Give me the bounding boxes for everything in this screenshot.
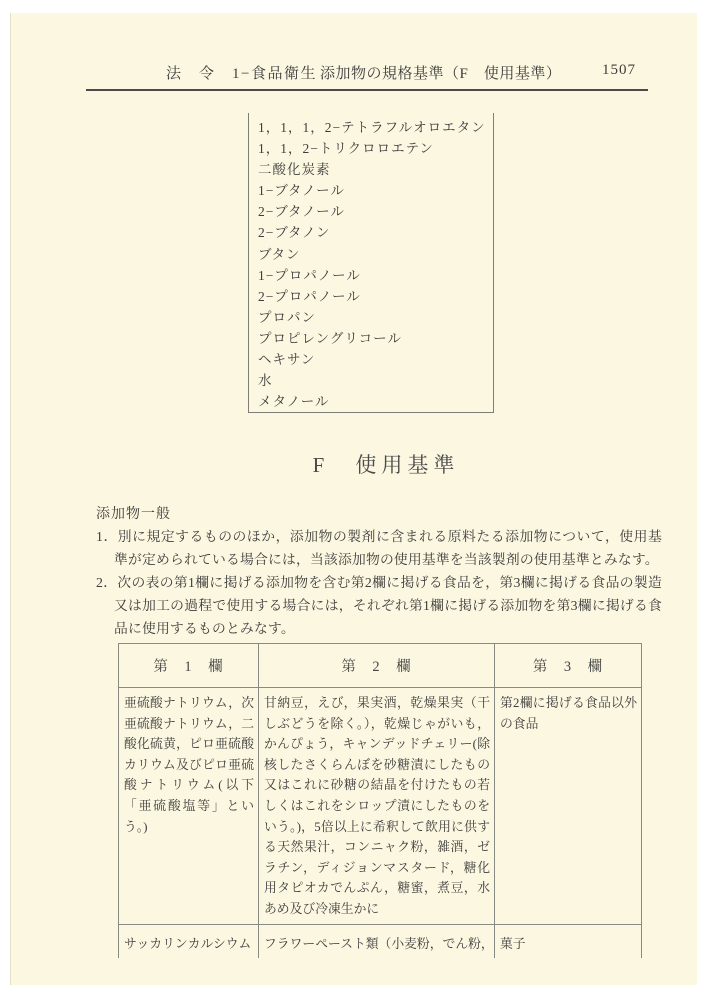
- cell-target: 菓子: [495, 924, 642, 958]
- solvent-item: 2−ブタノール: [258, 201, 493, 222]
- solvent-item: ヘキサン: [258, 349, 493, 370]
- table-header-row: 第 1 欄 第 2 欄 第 3 欄: [119, 644, 642, 688]
- cell-food: 甘納豆，えび，果実酒，乾燥果実（干しぶどうを除く。），乾燥じゃがいも，かんぴょう…: [259, 688, 495, 925]
- solvent-item: 1，1，2−トリクロロエテン: [258, 138, 493, 159]
- solvent-item: 2−プロパノール: [258, 286, 493, 307]
- solvent-item: 1，1，1，2−テトラフルオロエタン: [258, 117, 493, 138]
- scanned-document: { "colors": { "page_background": "#fbf7e…: [0, 0, 705, 1000]
- general-paragraph-1: 1．別に規定するもののほか，添加物の製剤に含まれる原料たる添加物について，使用基…: [96, 525, 662, 571]
- usage-standards-table-wrap: 第 1 欄 第 2 欄 第 3 欄 亜硫酸ナトリウム，次亜硫酸ナトリウム，二酸化…: [118, 643, 645, 965]
- solvent-list-box: 1，1，1，2−テトラフルオロエタン 1，1，2−トリクロロエテン 二酸化炭素 …: [248, 113, 494, 413]
- solvent-item: メタノール: [258, 391, 493, 412]
- table-row-truncated: サッカリンカルシウム フラワーペースト類（小麦粉，でん粉， 菓子: [119, 924, 642, 958]
- page-number: 1507: [602, 62, 636, 79]
- subsection-label: 添加物一般: [96, 503, 171, 523]
- column-header-additive: 第 1 欄: [119, 644, 259, 688]
- usage-standards-table: 第 1 欄 第 2 欄 第 3 欄 亜硫酸ナトリウム，次亜硫酸ナトリウム，二酸化…: [118, 643, 642, 958]
- cell-additive: 亜硫酸ナトリウム，次亜硫酸ナトリウム，二酸化硫黄，ピロ亜硫酸カリウム及びピロ亜硫…: [119, 688, 259, 925]
- header-rule: [86, 89, 648, 91]
- document-page: 法 令 1−食品衛生 添加物の規格基準（F 使用基準） 1507 1，1，1，2…: [10, 13, 697, 985]
- cell-food: フラワーペースト類（小麦粉，でん粉，: [259, 924, 495, 958]
- solvent-item: ブタン: [258, 244, 493, 265]
- solvent-item: 1−プロパノール: [258, 265, 493, 286]
- header-chapter-title: 添加物の規格基準（F 使用基準）: [320, 62, 561, 83]
- cell-additive: サッカリンカルシウム: [119, 924, 259, 958]
- solvent-item: プロパン: [258, 307, 493, 328]
- table-row: 亜硫酸ナトリウム，次亜硫酸ナトリウム，二酸化硫黄，ピロ亜硫酸カリウム及びピロ亜硫…: [119, 688, 642, 925]
- solvent-item: 二酸化炭素: [258, 159, 493, 180]
- general-paragraph-2: 2．次の表の第1欄に掲げる添加物を含む第2欄に掲げる食品を，第3欄に掲げる食品の…: [96, 571, 662, 640]
- section-heading: F 使用基準: [106, 449, 666, 479]
- cell-target: 第2欄に掲げる食品以外の食品: [495, 688, 642, 925]
- column-header-food: 第 2 欄: [259, 644, 495, 688]
- header-section-label: 法 令 1−食品衛生: [166, 62, 317, 83]
- solvent-item: 水: [258, 370, 493, 391]
- solvent-item: プロピレングリコール: [258, 328, 493, 349]
- solvent-item: 1−ブタノール: [258, 180, 493, 201]
- solvent-item: 2−ブタノン: [258, 222, 493, 243]
- column-header-target: 第 3 欄: [495, 644, 642, 688]
